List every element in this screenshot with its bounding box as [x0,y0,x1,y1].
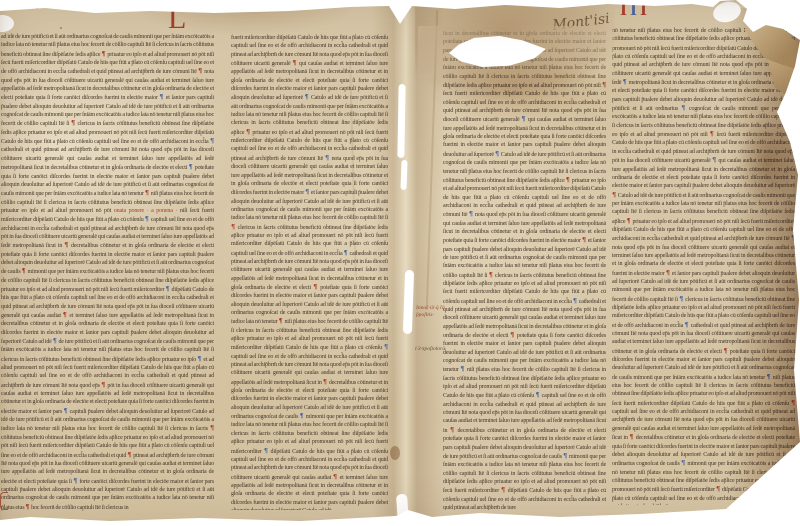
paraph-mark: ¶ [73,477,79,485]
worm-hole-top-right [711,0,743,25]
paraph-mark: ¶ [521,115,528,123]
paraph-mark: ¶ [313,283,320,291]
paraph-mark: ¶ [231,223,238,231]
paraph-mark: ¶ [22,267,28,275]
paraph-mark: ¶ [767,373,773,381]
margin-note-1-line-1: Innoc̄·iii·q̄ r̄q̄ [416,305,448,312]
paraph-mark: ¶ [566,176,572,184]
paraph-mark: ¶ [333,473,340,481]
ink-speck [117,9,119,11]
margin-note-1: Innoc̄·iii·q̄ r̄q̄ p̄poſitis· [416,305,448,318]
paraph-mark: ¶ [666,269,672,277]
paraph-mark: ¶ [145,189,151,197]
paraph-mark: ¶ [145,215,151,223]
paraph-mark: ¶ [495,150,501,158]
paraph-mark: ¶ [573,297,579,305]
red-margin-bracket [0,492,8,510]
paraph-mark: ¶ [510,331,517,339]
paraph-mark: ¶ [71,119,77,127]
paraph-mark: ¶ [159,93,165,101]
paraph-mark: ¶ [716,485,722,493]
text-column-4: nō tenetur niſi p̄latus eius hoc fecerit… [612,27,795,505]
paraph-mark: ¶ [25,503,31,511]
gutter-tear-2 [400,160,407,190]
paraph-mark: ¶ [791,399,795,407]
paraph-mark: ¶ [489,271,495,279]
paraph-mark: ¶ [469,210,475,218]
paraph-mark: ¶ [305,188,311,196]
folio-header-left-numeral: L [168,4,186,34]
paraph-mark: ¶ [197,355,203,363]
paraph-mark: ¶ [679,295,685,303]
text-column-3: ſicut in decretalibus cōtinetur et in gl… [443,30,606,510]
paraph-mark: ¶ [127,451,133,459]
paraph-mark: ¶ [344,249,350,257]
paraph-mark: ¶ [623,78,629,86]
paraph-mark: ¶ [210,424,214,432]
paraph-mark: ¶ [300,412,306,420]
paraph-mark: ¶ [627,217,633,225]
text-column-1: ad idē de iure pōtificū et ſi aūt ordina… [1,33,214,511]
ink-speck [60,27,62,29]
paraph-mark: ¶ [292,59,299,67]
parchment-bifolium: ad idē de iure pōtificū et ſi aūt ordina… [0,0,800,526]
paraph-mark: ¶ [305,93,311,101]
manuscript-photo: ad idē de iure pōtificū et ſi aūt ordina… [0,0,800,526]
paraph-mark: ¶ [450,426,457,434]
paraph-mark: ¶ [723,347,729,355]
paraph-mark: ¶ [246,128,252,136]
paraph-mark: ¶ [685,321,691,329]
paraph-mark: ¶ [63,311,70,319]
paraph-mark: ¶ [101,50,107,58]
paraph-mark: ¶ [325,154,332,162]
paraph-mark: ¶ [602,81,606,89]
paraph-mark: ¶ [53,337,59,345]
paraph-mark: ¶ [279,317,285,325]
paraph-mark: ¶ [710,130,717,138]
paraph-mark: ¶ [264,447,271,455]
paraph-mark: ¶ [612,191,618,199]
rubric-text: onata ponere · a ponena · [114,208,180,214]
paraph-mark: ¶ [166,285,172,293]
paraph-mark: ¶ [101,381,107,389]
ink-speck [36,7,38,9]
paraph-mark: ¶ [501,486,508,494]
notch-left-edge [0,15,14,32]
text-column-2: fuerit miſericorditer diſpēſatū Catulo d… [231,34,388,510]
paraph-mark: ¶ [563,452,569,460]
paraph-mark: ¶ [460,365,467,373]
gutter-tear-1 [397,84,405,158]
paraph-mark: ¶ [64,407,70,415]
paraph-mark: ¶ [791,234,795,242]
paraph-mark: ¶ [323,378,329,386]
paraph-mark: ¶ [198,67,204,75]
paraph-mark: ¶ [64,241,71,249]
paraph-mark: ¶ [384,343,388,351]
gutter-tear-4 [396,494,409,525]
paraph-mark: ¶ [189,163,195,171]
margin-note-2: l·3·x̄poſtolorū· [415,346,447,353]
paraph-mark: ¶ [582,236,588,244]
paraph-mark: ¶ [210,137,214,145]
paraph-mark: ¶ [712,156,718,164]
paraph-mark: ¶ [629,433,635,441]
margin-note-1-line-2: p̄poſitis· [416,312,448,319]
paraph-mark: ¶ [536,391,542,399]
paraph-mark: ¶ [681,104,689,112]
paraph-mark: ¶ [681,459,687,467]
